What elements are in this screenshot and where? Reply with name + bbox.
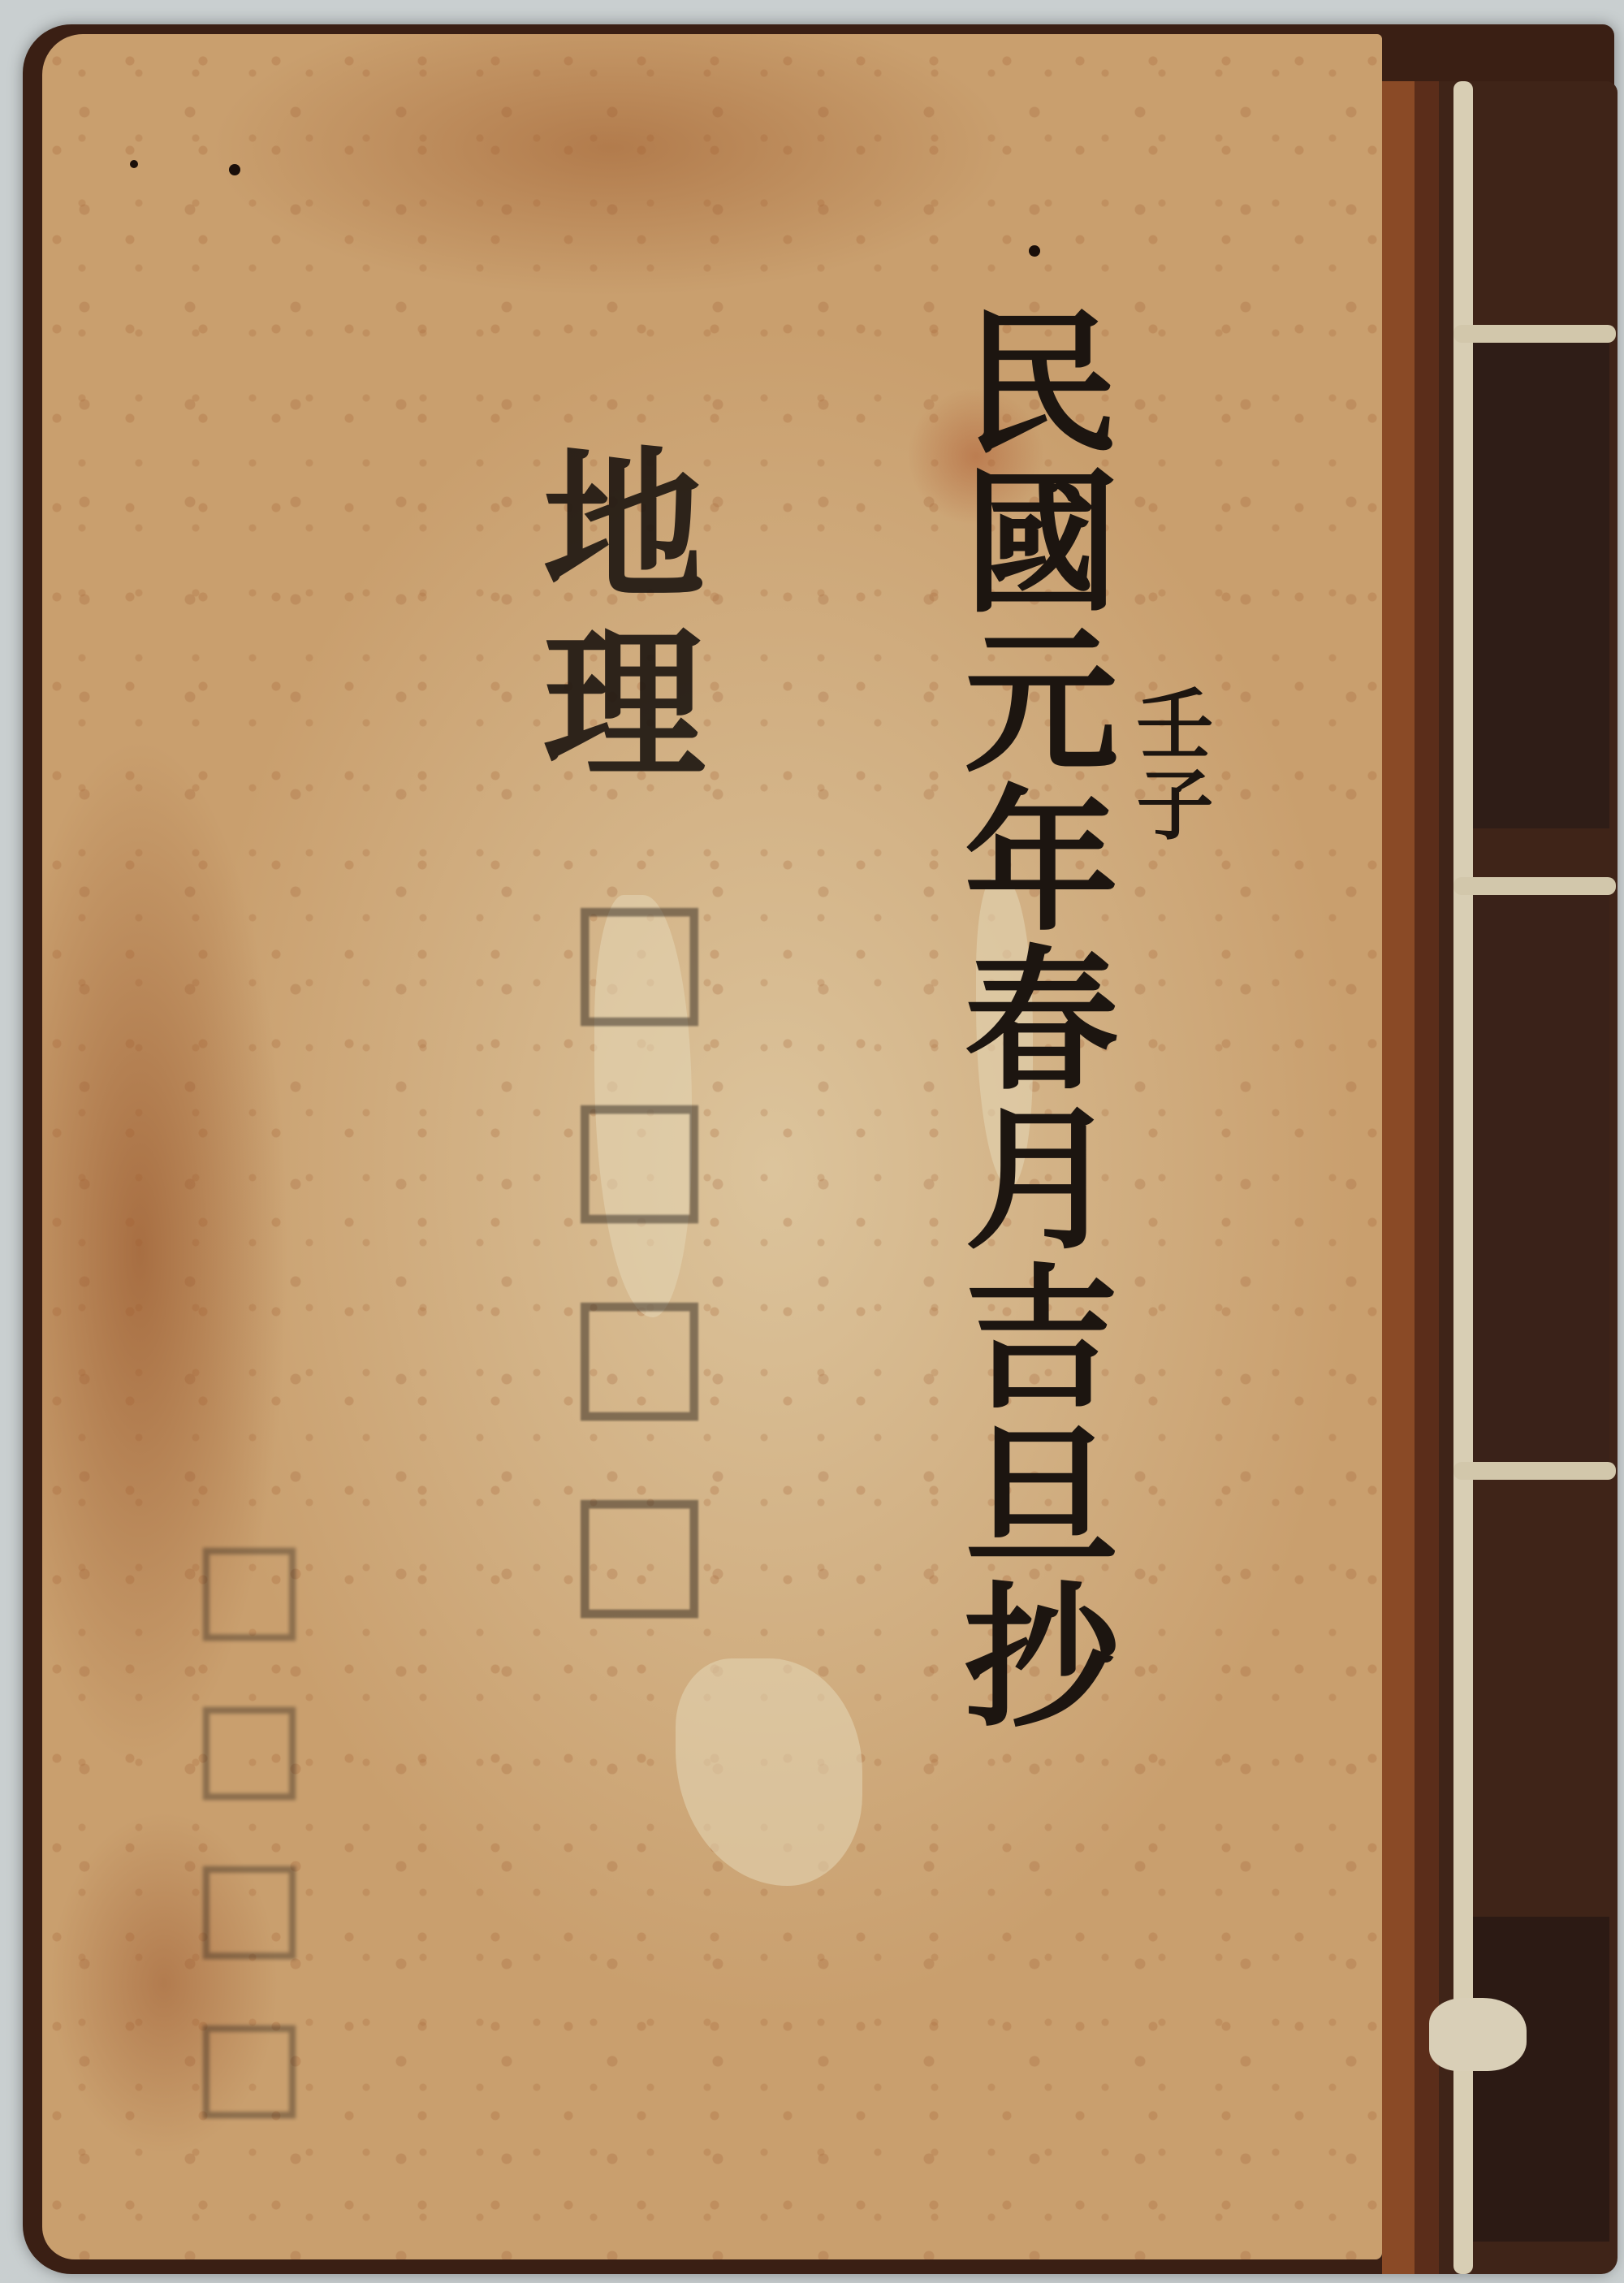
wormhole: [130, 160, 138, 168]
binding-thread-stitch: [1453, 1462, 1616, 1480]
thread-knot: [1429, 1998, 1527, 2071]
cover-patch: [1471, 893, 1609, 1462]
binding-thread-stitch: [1453, 877, 1616, 895]
date-inscription: 民國元年春月吉旦抄: [952, 302, 1106, 1735]
cover-patch: [1471, 325, 1609, 828]
faded-inscription: □□□□: [188, 1512, 310, 2149]
binding-thread: [1453, 81, 1473, 2274]
damaged-title-text: □□□□: [562, 863, 716, 1652]
binding-spine: [1382, 81, 1618, 2274]
cyclical-year-note: 壬子: [1130, 684, 1207, 845]
binding-thread-stitch: [1453, 325, 1616, 343]
title-inscription: 地理: [529, 440, 692, 798]
manuscript-cover: 民國元年春月吉旦抄 壬子 地理 □□□□ □□□□: [42, 34, 1382, 2259]
cover-patch: [1471, 1917, 1609, 2242]
wormhole: [1029, 245, 1040, 257]
wormhole: [229, 164, 240, 175]
